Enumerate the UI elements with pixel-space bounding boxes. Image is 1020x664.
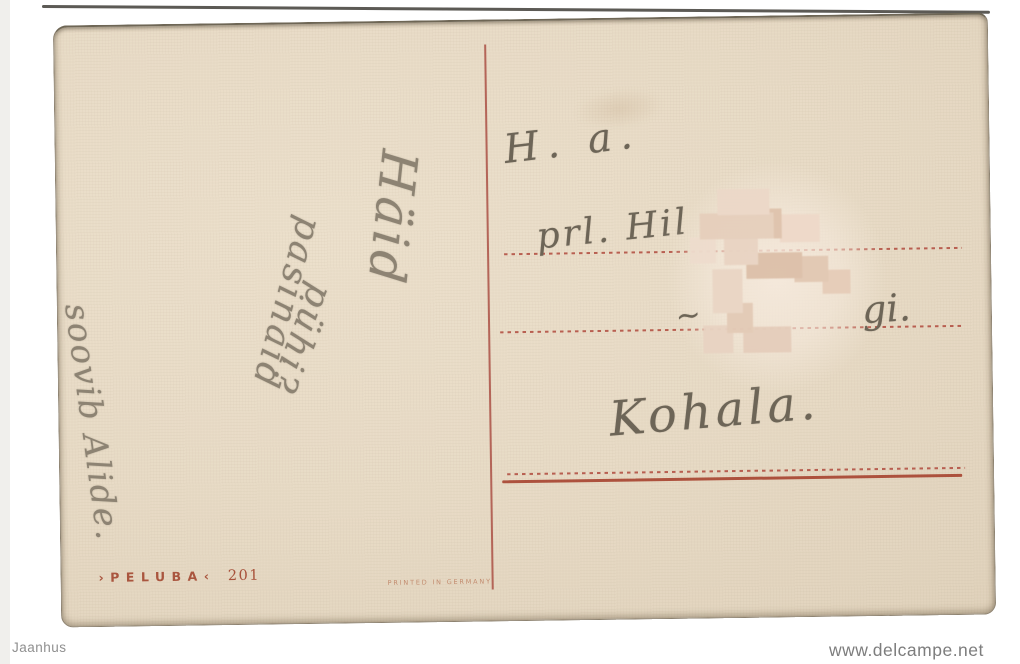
scan-edge-line: [42, 5, 990, 13]
address-ruled-line-solid: [502, 474, 962, 483]
publisher-brand: ›PELUBA‹: [98, 568, 215, 585]
handwriting-signature: soovib Alide.: [57, 301, 128, 544]
delcampe-watermark: www.delcampe.net: [829, 640, 984, 661]
postcard-back: Häid pasinaid pühi? soovib Alide. H. a. …: [53, 13, 996, 628]
seller-watermark: Jaanhus: [12, 640, 67, 655]
postcard-scan-photo: Häid pasinaid pühi? soovib Alide. H. a. …: [0, 0, 1020, 664]
handwriting-salutation: H. a.: [501, 111, 642, 173]
printed-in-germany-imprint: PRINTED IN GERMANY: [388, 577, 492, 586]
publisher-imprint: ›PELUBA‹ 201: [98, 567, 260, 587]
scanner-edge-band: [0, 0, 10, 664]
handwriting-connector: ~: [674, 297, 703, 335]
handwriting-addressee: prl. Hil: [535, 201, 691, 257]
handwriting-name-fragment: gi.: [861, 285, 912, 332]
censored-name-region: [689, 183, 867, 373]
postcard-divider-line: [484, 45, 494, 590]
publisher-series-number: 201: [228, 568, 260, 584]
handwriting-place: Kohala.: [607, 374, 821, 447]
handwriting-greeting-word1: Häid: [356, 147, 429, 290]
